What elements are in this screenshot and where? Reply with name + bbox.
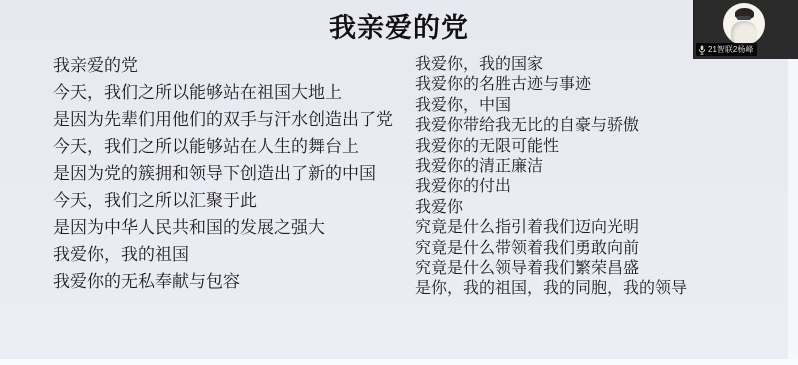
poem-line: 我爱你的无私奉献与包容 [53, 268, 393, 295]
participant-video-tile[interactable]: 21智联2杨峰 [693, 0, 798, 59]
poem-line: 是因为党的簇拥和领导下创造出了新的中国 [53, 160, 393, 187]
poem-line: 我爱你，我的祖国 [53, 241, 393, 268]
poem-line: 究竟是什么带领着我们勇敢向前 [415, 239, 687, 259]
avatar-glasses [737, 16, 751, 20]
right-edge-strip [788, 59, 798, 365]
participant-name-plate: 21智联2杨峰 [696, 43, 757, 56]
poem-line: 是因为先辈们用他们的双手与汗水创造出了党 [53, 106, 393, 133]
poem-line: 我爱你的付出 [415, 177, 687, 197]
microphone-icon [698, 45, 706, 55]
poem-line: 今天，我们之所以能够站在人生的舞台上 [53, 133, 393, 160]
poem-line: 我爱你的名胜古迹与事迹 [415, 75, 687, 95]
poem-line: 我亲爱的党 [53, 52, 393, 79]
avatar-body [731, 21, 757, 45]
poem-line: 究竟是什么指引着我们迈向光明 [415, 218, 687, 238]
poem-line: 是你，我的祖国，我的同胞，我的领导 [415, 279, 687, 299]
slide-title: 我亲爱的党 [0, 6, 798, 45]
avatar [723, 3, 765, 45]
shared-slide: 我亲爱的党 我亲爱的党 今天，我们之所以能够站在祖国大地上 是因为先辈们用他们的… [0, 0, 798, 365]
bottom-edge-strip [0, 359, 798, 365]
poem-line: 今天，我们之所以汇聚于此 [53, 187, 393, 214]
poem-line: 是因为中华人民共和国的发展之强大 [53, 214, 393, 241]
participant-name: 21智联2杨峰 [708, 44, 753, 55]
poem-right-column: 我爱你，我的国家 我爱你的名胜古迹与事迹 我爱你，中国 我爱你带给我无比的自豪与… [415, 55, 687, 300]
poem-left-column: 我亲爱的党 今天，我们之所以能够站在祖国大地上 是因为先辈们用他们的双手与汗水创… [53, 52, 393, 295]
poem-line: 我爱你 [415, 198, 687, 218]
poem-line: 我爱你，我的国家 [415, 55, 687, 75]
poem-line: 今天，我们之所以能够站在祖国大地上 [53, 79, 393, 106]
poem-line: 我爱你带给我无比的自豪与骄傲 [415, 116, 687, 136]
poem-line: 我爱你的无限可能性 [415, 137, 687, 157]
poem-line: 我爱你，中国 [415, 96, 687, 116]
poem-line: 究竟是什么领导着我们繁荣昌盛 [415, 259, 687, 279]
poem-line: 我爱你的清正廉洁 [415, 157, 687, 177]
